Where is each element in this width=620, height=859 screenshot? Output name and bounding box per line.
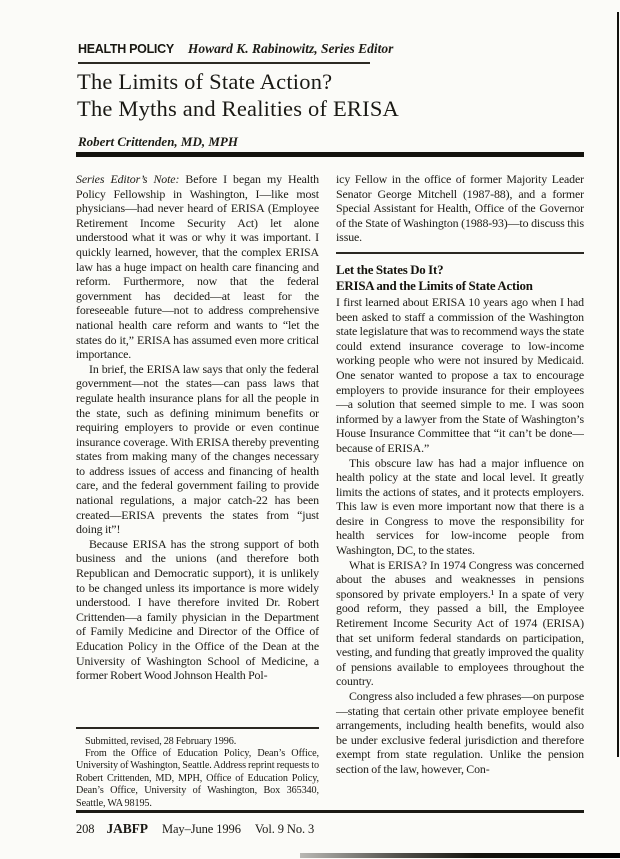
- issue-date: May–June 1996: [162, 822, 241, 837]
- section-heading: Let the States Do It? ERISA and the Limi…: [336, 262, 584, 294]
- scan-edge-artifact: [617, 12, 619, 757]
- section-label: HEALTH POLICY: [78, 42, 174, 56]
- note-paragraph-3: Because ERISA has the strong support of …: [76, 537, 319, 683]
- volume-number: Vol. 9 No. 3: [255, 822, 314, 837]
- article-body: Series Editor’s Note: Before I began my …: [76, 172, 584, 810]
- series-editor-credit: Howard K. Rabinowitz, Series Editor: [188, 41, 394, 56]
- body-paragraph-4: Congress also included a few phrases—on …: [336, 689, 584, 777]
- right-column: icy Fellow in the office of former Major…: [336, 172, 584, 810]
- footnote-affiliation: From the Office of Education Policy, Dea…: [76, 748, 319, 810]
- left-column: Series Editor’s Note: Before I began my …: [76, 172, 319, 810]
- body-paragraph-2: This obscure law has had a major influen…: [336, 456, 584, 558]
- footer-rule: [76, 810, 584, 813]
- footer-line: 208 JABFP May–June 1996 Vol. 9 No. 3: [76, 821, 584, 837]
- section-heading-line1: Let the States Do It?: [336, 263, 443, 277]
- footnote-block: Submitted, revised, 28 February 1996. Fr…: [76, 727, 319, 810]
- title-divider-rule: [76, 152, 584, 157]
- scan-bottom-artifact: [300, 853, 620, 858]
- article-title-line2: The Myths and Realities of ERISA: [77, 96, 399, 121]
- note-continuation-paragraph: icy Fellow in the office of former Major…: [336, 172, 584, 245]
- note-body: Before I began my Health Policy Fellowsh…: [76, 172, 319, 361]
- body-paragraph-1: I first learned about ERISA 10 years ago…: [336, 295, 584, 456]
- footnote-submitted: Submitted, revised, 28 February 1996.: [76, 736, 319, 748]
- section-heading-line2: ERISA and the Limits of State Action: [336, 279, 533, 293]
- series-editors-note-paragraph: Series Editor’s Note: Before I began my …: [76, 172, 319, 362]
- article-title-line1: The Limits of State Action?: [77, 69, 332, 94]
- article-title: The Limits of State Action? The Myths an…: [77, 68, 399, 122]
- body-paragraph-3: What is ERISA? In 1974 Congress was conc…: [336, 558, 584, 689]
- section-kicker: HEALTH POLICYHoward K. Rabinowitz, Serie…: [78, 40, 370, 64]
- journal-abbreviation: JABFP: [106, 821, 148, 837]
- page-number: 208: [76, 822, 94, 837]
- journal-article-page: HEALTH POLICYHoward K. Rabinowitz, Serie…: [0, 0, 620, 859]
- note-lead-in: Series Editor’s Note:: [76, 172, 179, 186]
- footnote-rule: [76, 727, 319, 729]
- page-footer: 208 JABFP May–June 1996 Vol. 9 No. 3: [76, 810, 584, 837]
- author-byline: Robert Crittenden, MD, MPH: [78, 134, 238, 150]
- section-divider-rule: [336, 252, 584, 254]
- note-paragraph-2: In brief, the ERISA law says that only t…: [76, 362, 319, 537]
